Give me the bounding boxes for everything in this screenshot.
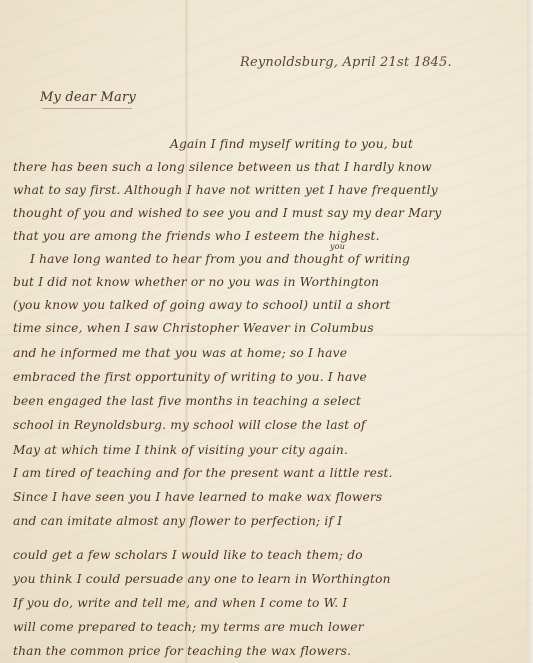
letter-line: time since, when I saw Christopher Weave… [13, 321, 374, 335]
letter-line: but I did not know whether or no you was… [13, 275, 379, 289]
paper-edge [527, 0, 533, 663]
letter-line: there has been such a long silence betwe… [13, 160, 432, 174]
letter-line: that you are among the friends who I est… [13, 229, 380, 243]
interlinear-insert: you [330, 242, 345, 251]
letter-line: (you know you talked of going away to sc… [13, 298, 390, 312]
letter-dateline: Reynoldsburg, April 21st 1845. [240, 55, 452, 70]
salutation-underline [42, 108, 132, 110]
letter-line: will come prepared to teach; my terms ar… [13, 620, 364, 634]
letter-line: thought of you and wished to see you and… [13, 206, 442, 220]
letter-line: and can imitate almost any flower to per… [13, 514, 342, 528]
letter-line: Since I have seen you I have learned to … [13, 490, 382, 504]
letter-line: been engaged the last five months in tea… [13, 394, 361, 408]
letter-line: school in Reynoldsburg. my school will c… [13, 418, 366, 432]
letter-line: than the common price for teaching the w… [13, 644, 351, 658]
letter-line: May at which time I think of visiting yo… [13, 443, 348, 457]
letter-line: what to say first. Although I have not w… [13, 183, 438, 197]
letter-line: I am tired of teaching and for the prese… [13, 466, 393, 480]
letter-line: could get a few scholars I would like to… [13, 548, 363, 562]
letter-line: I have long wanted to hear from you and … [30, 252, 410, 266]
letter-line: embraced the first opportunity of writin… [13, 370, 367, 384]
letter-line: Again I find myself writing to you, but [170, 137, 413, 151]
letter-line: you think I could persuade any one to le… [13, 572, 391, 586]
letter-salutation: My dear Mary [40, 90, 136, 105]
letter-page: Reynoldsburg, April 21st 1845. My dear M… [0, 0, 533, 663]
letter-line: If you do, write and tell me, and when I… [13, 596, 347, 610]
letter-line: and he informed me that you was at home;… [13, 346, 347, 360]
